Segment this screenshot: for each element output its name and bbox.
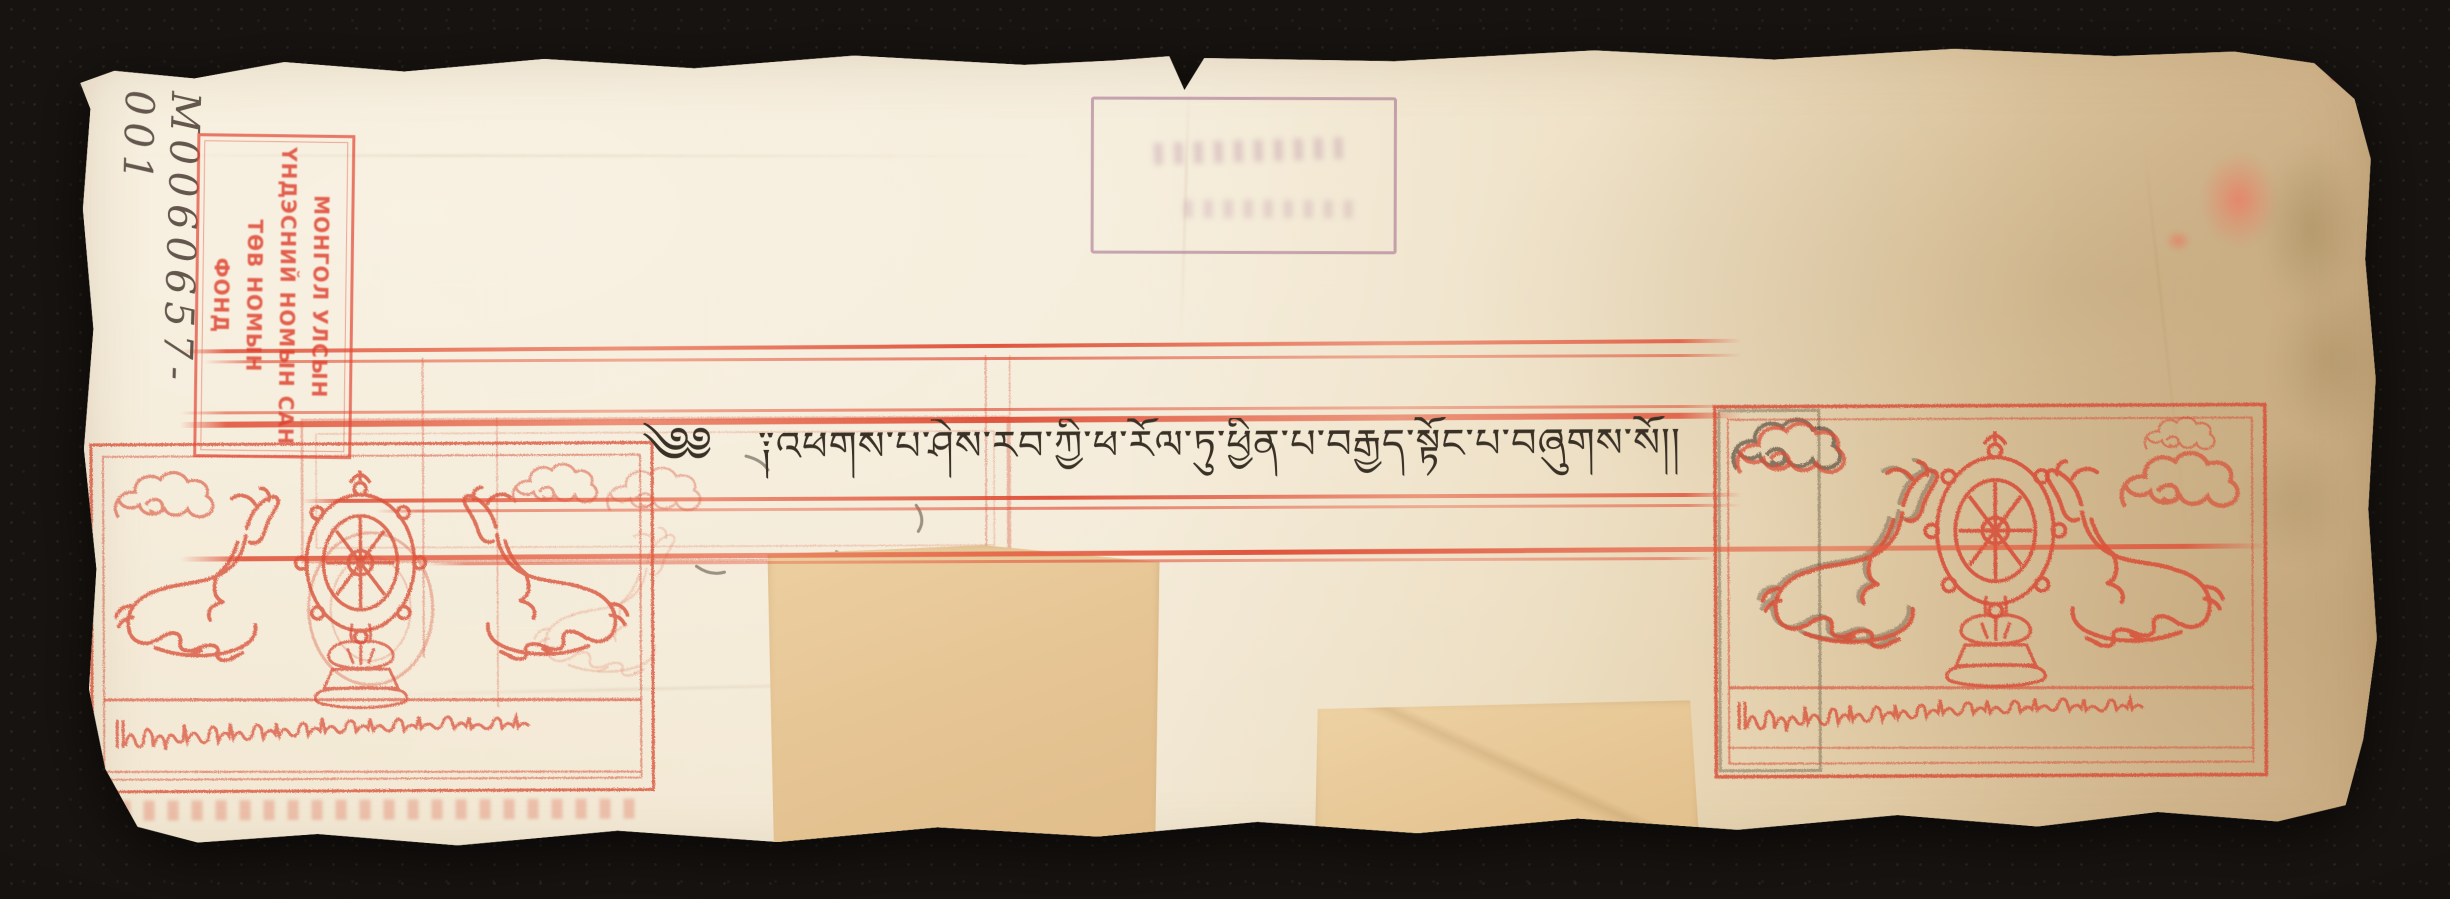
stamp-smudge bbox=[1184, 200, 1354, 218]
repair-patch bbox=[1314, 700, 1699, 845]
cloud-icon bbox=[1737, 423, 1844, 472]
print-caption-tibetan bbox=[1739, 698, 2143, 732]
ghost-caption-offset bbox=[119, 799, 639, 821]
library-stamp-line: ФОНД bbox=[209, 258, 234, 334]
stamp-smudge bbox=[1154, 137, 1345, 165]
lotus-pedestal-icon bbox=[1946, 596, 2045, 687]
purple-stamp bbox=[1091, 97, 1397, 255]
pink-stain bbox=[2200, 151, 2278, 247]
manuscript-page-wrap: ༄༅ ༑འཕགས་པ་ཤེས་རབ་ཀྱི་ཕ་རོལ་ཏུ་ཕྱིན་པ་བར… bbox=[74, 39, 2380, 871]
print-caption-tibetan bbox=[117, 716, 529, 750]
dharma-wheel-icon bbox=[1925, 431, 2066, 617]
library-stamp-line: ТӨВ НОМЫН bbox=[241, 219, 267, 372]
red-ink-fleck bbox=[2329, 67, 2339, 81]
deer-icon bbox=[2047, 461, 2223, 646]
red-rule-line bbox=[180, 339, 1742, 354]
deer-icon bbox=[115, 488, 279, 661]
deer-icon bbox=[464, 487, 628, 660]
left-woodblock-print bbox=[88, 439, 657, 794]
library-stamp: МОНГОЛ УЛСЫН ҮНДЭСНИЙ НОМЫН САН ТӨВ НОМЫ… bbox=[193, 133, 355, 459]
lotus-pedestal-icon bbox=[315, 623, 407, 707]
library-stamp-line: МОНГОЛ УЛСЫН bbox=[307, 195, 334, 398]
library-stamp-line: ҮНДЭСНИЙ НОМЫН САН bbox=[273, 147, 301, 446]
repair-patch bbox=[767, 545, 1160, 876]
cloud-icon bbox=[2145, 417, 2215, 449]
tibetan-head-mark: ༄༅ bbox=[642, 420, 712, 470]
title-text-tibetan: ༑འཕགས་པ་ཤེས་རབ་ཀྱི་ཕ་རོལ་ཏུ་ཕྱིན་པ་བརྒྱད… bbox=[758, 416, 1681, 471]
right-woodblock-print bbox=[1712, 401, 2270, 779]
title-line: ༄༅ ༑འཕགས་པ་ཤེས་རབ་ཀྱི་ཕ་རོལ་ཏུ་ཕྱིན་པ་བར… bbox=[642, 416, 1750, 487]
pink-stain-fleck bbox=[2165, 230, 2191, 252]
cloud-icon bbox=[2121, 453, 2237, 507]
library-stamp-text: МОНГОЛ УЛСЫН ҮНДЭСНИЙ НОМЫН САН ТӨВ НОМЫ… bbox=[196, 136, 345, 456]
deer-icon bbox=[1762, 462, 1938, 647]
manuscript-page: ༄༅ ༑འཕགས་པ་ཤེས་རབ་ཀྱི་ཕ་རོལ་ཏུ་ཕྱིན་པ་བར… bbox=[74, 39, 2380, 871]
accession-number: M0060657-001 bbox=[106, 89, 208, 422]
cloud-icon bbox=[115, 472, 213, 517]
photo-background: ༄༅ ༑འཕགས་པ་ཤེས་རབ་ཀྱི་ཕ་རོལ་ཏུ་ཕྱིན་པ་བར… bbox=[0, 0, 2450, 899]
